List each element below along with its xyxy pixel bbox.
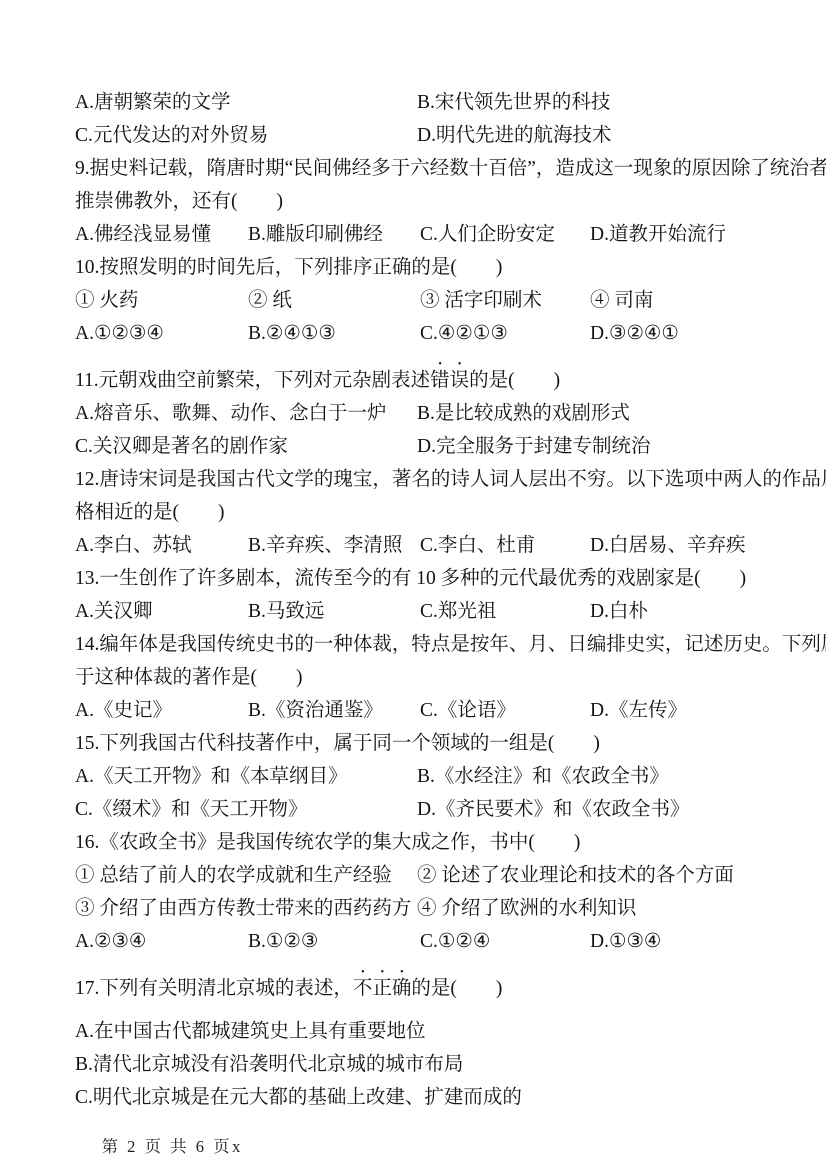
- text-line: 于这种体裁的著作是( ): [75, 661, 791, 694]
- option-cell: B.马致远: [248, 595, 324, 628]
- option-cell: ① 火药: [75, 284, 138, 317]
- option-row: ① 总结了前人的农学成就和生产经验② 论述了农业理论和技术的各个方面: [75, 859, 791, 892]
- text-segment: 17.下列有关明清北京城的表述，: [75, 978, 353, 999]
- text-segment: 于这种体裁的著作是( ): [75, 667, 303, 688]
- option-row: A.熔音乐、歌舞、动作、念白于一炉B.是比较成熟的戏剧形式: [75, 397, 791, 430]
- option-cell: ① 总结了前人的农学成就和生产经验: [75, 859, 392, 892]
- option-row: A.李白、苏轼B.辛弃疾、李清照C.李白、杜甫D.白居易、辛弃疾: [75, 529, 791, 562]
- text-line: B.清代北京城没有沿袭明代北京城的城市布局: [75, 1048, 791, 1081]
- text-line: 12.唐诗宋词是我国古代文学的瑰宝，著名的诗人词人层出不穷。以下选项中两人的作品…: [75, 463, 791, 496]
- page-number-label: 第 2 页 共 6 页x: [102, 1137, 243, 1156]
- text-line: 17.下列有关明清北京城的表述，不正确的是( ): [75, 967, 791, 1000]
- text-segment: 10.按照发明的时间先后，下列排序正确的是( ): [75, 257, 502, 278]
- option-cell: ④ 司南: [590, 284, 653, 317]
- emphasized-text: 不正确: [353, 978, 412, 999]
- text-segment: 13.一生创作了许多剧本，流传至今的有 10 多种的元代最优秀的戏剧家是( ): [75, 568, 746, 589]
- option-row: C.《缀术》和《天工开物》D.《齐民要术》和《农政全书》: [75, 793, 791, 826]
- option-row: A.唐朝繁荣的文学B.宋代领先世界的科技: [75, 86, 791, 119]
- text-segment: 9.据史料记载，隋唐时期“民间佛经多于六经数十百倍”，造成这一现象的原因除了统治…: [75, 158, 826, 179]
- text-segment: 格相近的是( ): [75, 502, 225, 523]
- option-cell: D.白朴: [590, 595, 648, 628]
- option-row: C.关汉卿是著名的剧作家D.完全服务于封建专制统治: [75, 430, 791, 463]
- text-segment: B.清代北京城没有沿袭明代北京城的城市布局: [75, 1054, 463, 1075]
- option-cell: B.《资治通鉴》: [248, 694, 383, 727]
- option-cell: ② 纸: [248, 284, 292, 317]
- exam-page: A.唐朝繁荣的文学B.宋代领先世界的科技C.元代发达的对外贸易D.明代先进的航海…: [0, 0, 826, 1169]
- option-cell: B.②④①③: [248, 317, 336, 350]
- text-line: A.在中国古代都城建筑史上具有重要地位: [75, 1015, 791, 1048]
- option-cell: C.《论语》: [420, 694, 516, 727]
- option-cell: D.《齐民要术》和《农政全书》: [417, 793, 689, 826]
- option-cell: ② 论述了农业理论和技术的各个方面: [417, 859, 734, 892]
- option-row: A.②③④B.①②③C.①②④D.①③④: [75, 925, 791, 958]
- option-row: A.《史记》B.《资治通鉴》C.《论语》D.《左传》: [75, 694, 791, 727]
- option-cell: A.唐朝繁荣的文学: [75, 86, 230, 119]
- text-line: 10.按照发明的时间先后，下列排序正确的是( ): [75, 251, 791, 284]
- text-line: 13.一生创作了许多剧本，流传至今的有 10 多种的元代最优秀的戏剧家是( ): [75, 562, 791, 595]
- option-cell: B.宋代领先世界的科技: [417, 86, 610, 119]
- option-cell: C.关汉卿是著名的剧作家: [75, 430, 288, 463]
- option-cell: ③ 介绍了由西方传教士带来的西药药方: [75, 892, 411, 925]
- option-cell: C.李白、杜甫: [420, 529, 535, 562]
- option-cell: ④ 介绍了欧洲的水利知识: [417, 892, 636, 925]
- text-segment: 11.元朝戏曲空前繁荣，下列对元杂剧表述: [75, 370, 430, 391]
- option-cell: C.人们企盼安定: [420, 218, 555, 251]
- text-segment: 的是( ): [469, 370, 560, 391]
- option-cell: D.③②④①: [590, 317, 679, 350]
- option-cell: B.辛弃疾、李清照: [248, 529, 402, 562]
- option-cell: C.郑光祖: [420, 595, 496, 628]
- option-cell: C.④②①③: [420, 317, 508, 350]
- option-cell: D.《左传》: [590, 694, 687, 727]
- option-row: C.元代发达的对外贸易D.明代先进的航海技术: [75, 119, 791, 152]
- option-cell: C.①②④: [420, 925, 490, 958]
- option-cell: A.佛经浅显易懂: [75, 218, 211, 251]
- text-segment: A.在中国古代都城建筑史上具有重要地位: [75, 1021, 425, 1042]
- option-cell: A.关汉卿: [75, 595, 152, 628]
- option-cell: D.白居易、辛弃疾: [590, 529, 745, 562]
- option-cell: D.明代先进的航海技术: [417, 119, 611, 152]
- option-cell: A.李白、苏轼: [75, 529, 191, 562]
- text-line: 推崇佛教外，还有( ): [75, 185, 791, 218]
- text-segment: 12.唐诗宋词是我国古代文学的瑰宝，著名的诗人词人层出不穷。以下选项中两人的作品…: [75, 469, 826, 490]
- option-row: A.关汉卿B.马致远C.郑光祖D.白朴: [75, 595, 791, 628]
- text-line: 14.编年体是我国传统史书的一种体裁，特点是按年、月、日编排史实，记述历史。下列…: [75, 628, 791, 661]
- option-cell: C.《缀术》和《天工开物》: [75, 793, 307, 826]
- option-row: A.①②③④B.②④①③C.④②①③D.③②④①: [75, 317, 791, 350]
- text-line: 11.元朝戏曲空前繁荣，下列对元杂剧表述错误的是( ): [75, 359, 791, 392]
- option-cell: A.《天工开物》和《本草纲目》: [75, 760, 347, 793]
- text-segment: 16.《农政全书》是我国传统农学的集大成之作，书中( ): [75, 832, 580, 853]
- text-segment: 15.下列我国古代科技著作中，属于同一个领域的一组是( ): [75, 733, 600, 754]
- option-cell: A.①②③④: [75, 317, 164, 350]
- text-line: 格相近的是( ): [75, 496, 791, 529]
- option-cell: B.①②③: [248, 925, 318, 958]
- page-footer: 第 2 页 共 6 页x: [75, 1105, 243, 1133]
- option-cell: B.《水经注》和《农政全书》: [417, 760, 669, 793]
- option-cell: A.熔音乐、歌舞、动作、念白于一炉: [75, 397, 386, 430]
- option-cell: B.是比较成熟的戏剧形式: [417, 397, 630, 430]
- option-cell: D.①③④: [590, 925, 661, 958]
- document-body: A.唐朝繁荣的文学B.宋代领先世界的科技C.元代发达的对外贸易D.明代先进的航海…: [75, 86, 791, 1114]
- option-row: ③ 介绍了由西方传教士带来的西药药方④ 介绍了欧洲的水利知识: [75, 892, 791, 925]
- emphasized-text: 错误: [430, 370, 469, 391]
- option-cell: A.②③④: [75, 925, 146, 958]
- text-line: 9.据史料记载，隋唐时期“民间佛经多于六经数十百倍”，造成这一现象的原因除了统治…: [75, 152, 791, 185]
- option-cell: C.元代发达的对外贸易: [75, 119, 268, 152]
- option-cell: D.完全服务于封建专制统治: [417, 430, 650, 463]
- option-row: A.《天工开物》和《本草纲目》B.《水经注》和《农政全书》: [75, 760, 791, 793]
- option-cell: D.道教开始流行: [590, 218, 726, 251]
- option-row: A.佛经浅显易懂B.雕版印刷佛经C.人们企盼安定D.道教开始流行: [75, 218, 791, 251]
- text-segment: 推崇佛教外，还有( ): [75, 191, 283, 212]
- option-cell: ③ 活字印刷术: [420, 284, 542, 317]
- text-segment: 的是( ): [411, 978, 502, 999]
- option-row: ① 火药② 纸③ 活字印刷术④ 司南: [75, 284, 791, 317]
- text-segment: 14.编年体是我国传统史书的一种体裁，特点是按年、月、日编排史实，记述历史。下列…: [75, 634, 826, 655]
- text-line: 16.《农政全书》是我国传统农学的集大成之作，书中( ): [75, 826, 791, 859]
- option-cell: A.《史记》: [75, 694, 172, 727]
- option-cell: B.雕版印刷佛经: [248, 218, 383, 251]
- text-line: 15.下列我国古代科技著作中，属于同一个领域的一组是( ): [75, 727, 791, 760]
